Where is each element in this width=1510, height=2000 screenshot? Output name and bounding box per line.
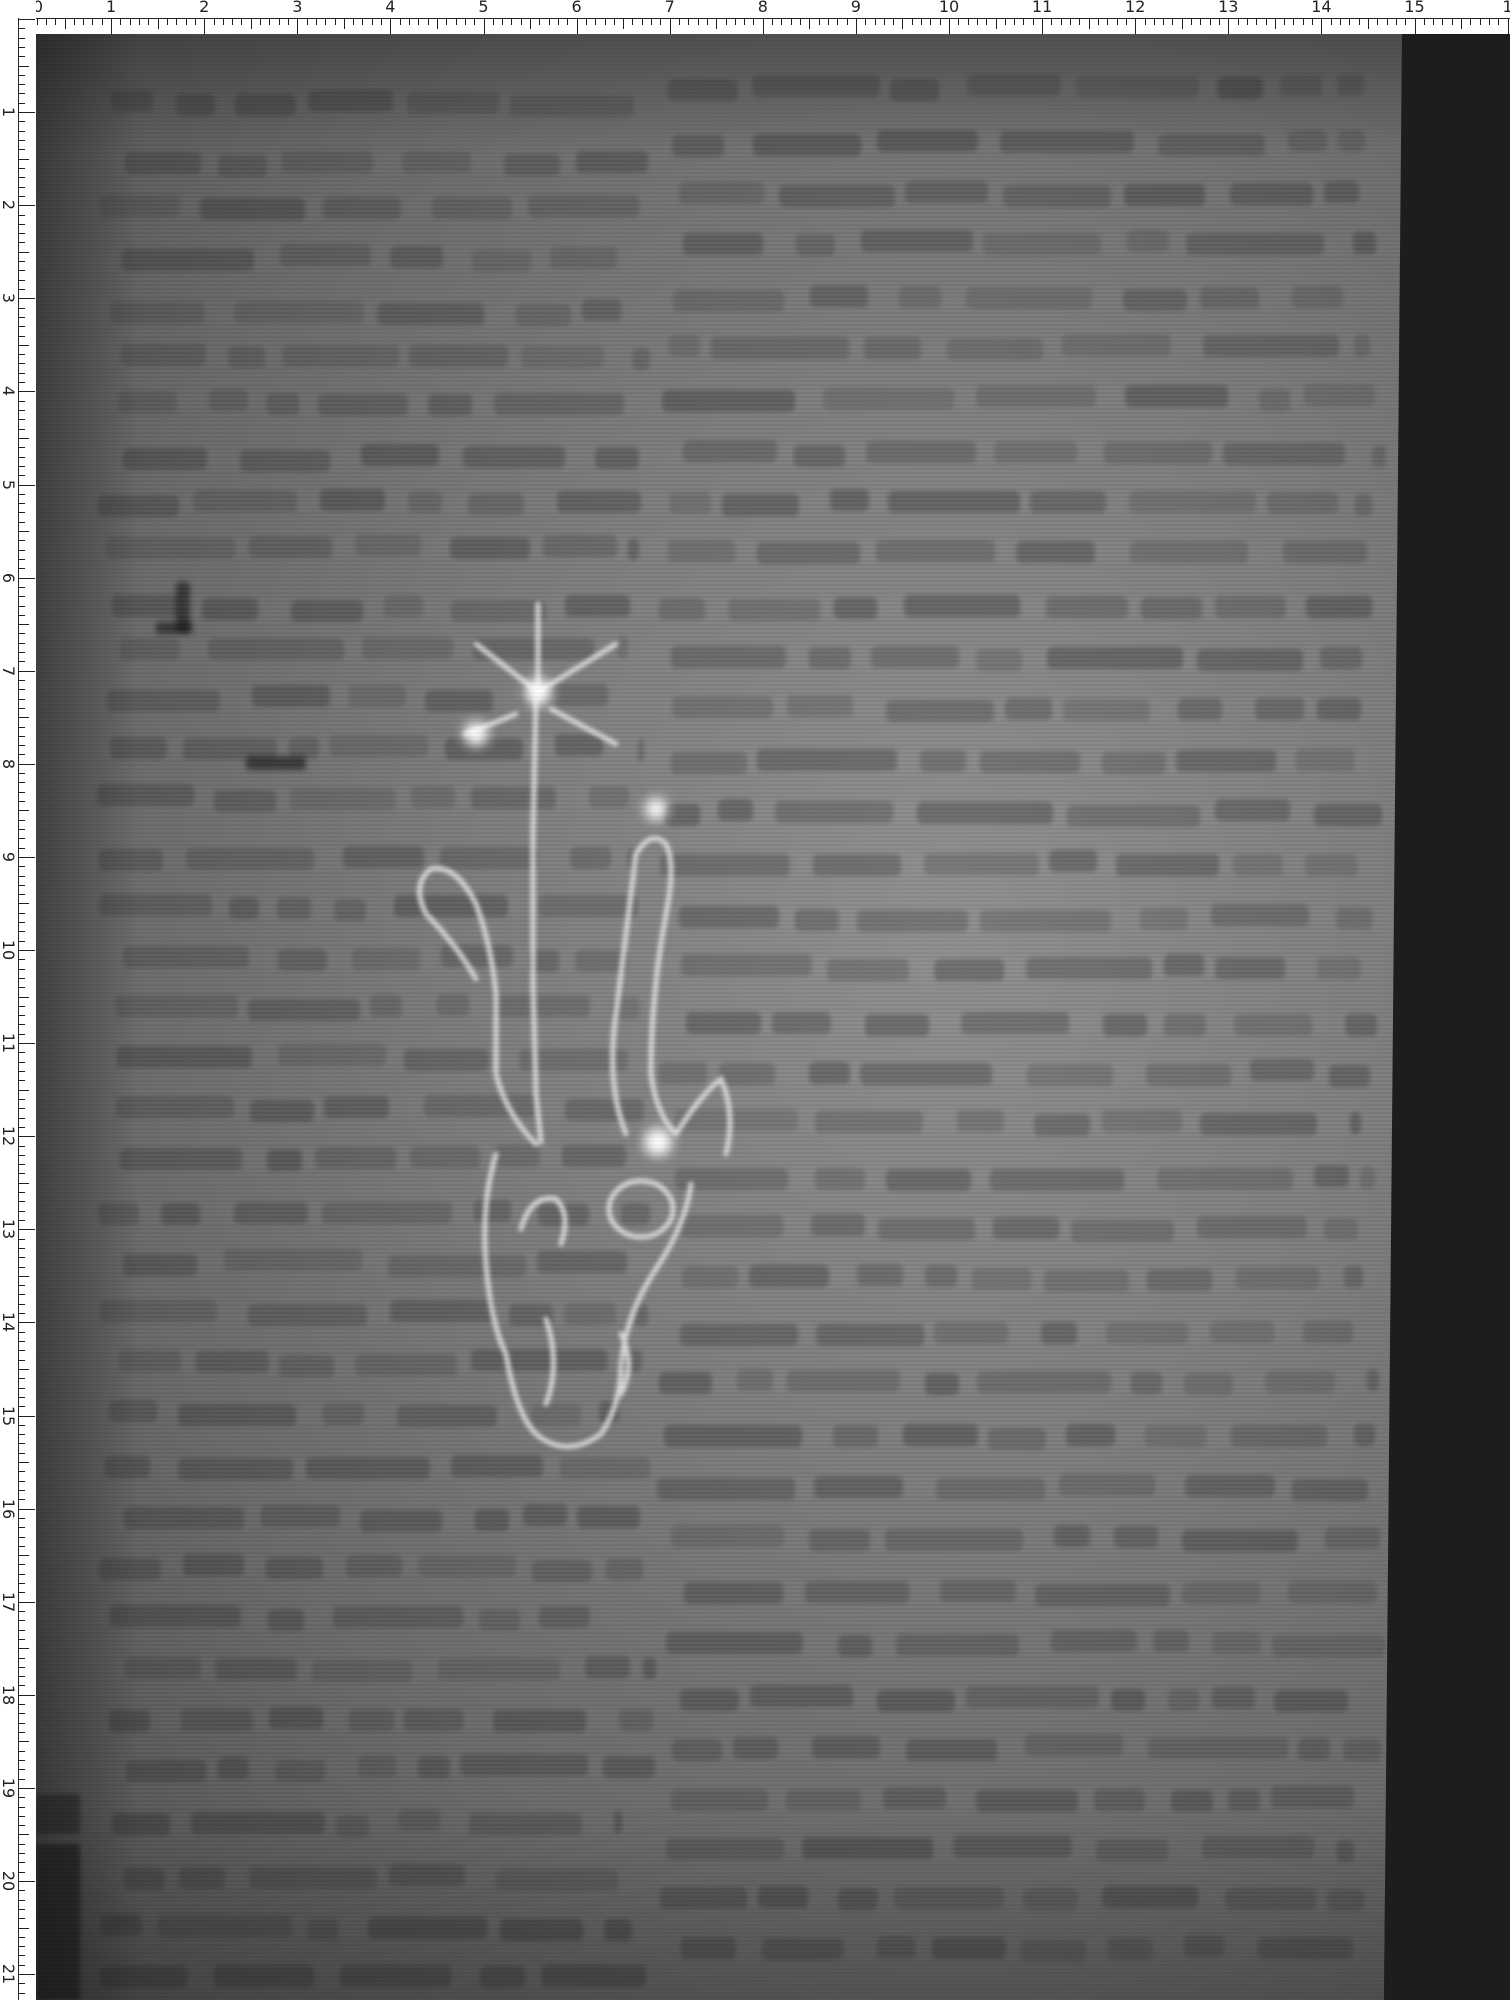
ruler-left-tick (18, 615, 25, 616)
ruler-top-tick (1303, 18, 1304, 25)
ruler-left-tick (18, 633, 25, 634)
ruler-left-tick (18, 1611, 25, 1612)
ruler-top-tick (1461, 18, 1462, 29)
ruler-left-tick (18, 1443, 25, 1444)
ruler-left-tick (18, 1639, 25, 1640)
ruler-top-tick (1331, 18, 1332, 25)
ruler-left-tick (18, 1229, 35, 1230)
ruler-top-tick (511, 18, 512, 25)
ruler-left-tick (18, 1928, 29, 1929)
ruler-left-tick (18, 782, 25, 783)
ruler-left-tick (18, 792, 25, 793)
ruler-top-tick (1349, 18, 1350, 25)
ruler-left-tick (18, 382, 25, 383)
ruler-top-tick (474, 18, 475, 25)
ruler-top-tick (241, 18, 242, 25)
ruler-left-tick (18, 820, 25, 821)
ruler-left-tick (18, 559, 25, 560)
ruler-top-tick (949, 18, 950, 34)
ruler-top-label: 1 (1503, 0, 1510, 16)
ruler-top-tick (605, 18, 606, 25)
ruler-top-tick (1098, 18, 1099, 25)
ruler-top-tick (837, 18, 838, 25)
ruler-top-tick (1489, 18, 1490, 25)
ruler-left-tick (18, 1546, 25, 1547)
ruler-left-tick (18, 1779, 25, 1780)
ruler-top-tick (875, 18, 876, 25)
ruler-top-tick (1061, 18, 1062, 25)
ruler-top-tick (986, 18, 987, 25)
ruler-left-tick (18, 84, 25, 85)
ruler-top-tick (1377, 18, 1378, 25)
ruler-left-tick (18, 121, 25, 122)
ruler-top-tick (1498, 18, 1499, 25)
ruler-left-tick (18, 754, 25, 755)
ruler-left-tick (18, 429, 25, 430)
ruler-left-tick (18, 1024, 25, 1025)
ruler-top-tick (1228, 18, 1229, 34)
ruler-left-tick (18, 419, 25, 420)
ruler-left-tick (18, 848, 25, 849)
ruler-top-tick (539, 18, 540, 25)
ruler-left-tick (18, 699, 25, 700)
ruler-left-tick (18, 773, 25, 774)
ruler-left-tick (18, 978, 25, 979)
ruler-left-label: 19 (0, 1778, 16, 1798)
ruler-left-tick (18, 1118, 25, 1119)
ruler-top-tick (260, 18, 261, 25)
ruler-left-tick (18, 317, 25, 318)
ruler-top-tick (1442, 18, 1443, 25)
ruler-left-tick (18, 457, 25, 458)
ruler-left-tick (18, 475, 25, 476)
ruler-left-tick (18, 1955, 25, 1956)
ruler-left-tick (18, 1164, 25, 1165)
ruler-top-tick (1191, 18, 1192, 25)
ruler-top-tick (763, 18, 764, 34)
ruler-left-tick (18, 922, 25, 923)
ruler-top-tick (549, 18, 550, 25)
ruler-left-tick (18, 941, 25, 942)
ruler-top-tick (493, 18, 494, 25)
ruler-left-label: 20 (0, 1871, 16, 1891)
ruler-left-tick (18, 1313, 25, 1314)
ruler-top-label: 13 (1218, 0, 1238, 16)
ruler-top-tick (279, 18, 280, 25)
ruler-top-tick (484, 18, 485, 34)
ruler-top-tick (353, 18, 354, 25)
ruler-left-tick (18, 931, 25, 932)
ruler-top-tick (530, 18, 531, 29)
ruler-left-tick (18, 1285, 25, 1286)
ruler-top-tick (1293, 18, 1294, 25)
ruler-top-tick (1415, 18, 1416, 34)
ruler-left-tick (18, 401, 25, 402)
ruler-top-tick (1340, 18, 1341, 25)
ruler-left-tick (18, 280, 25, 281)
ruler-left-tick (18, 1471, 25, 1472)
ruler-top-tick (381, 18, 382, 25)
ruler-left-label: 18 (0, 1685, 16, 1705)
ruler-left-tick (18, 38, 25, 39)
ruler-left-label: 10 (0, 940, 16, 960)
ruler-left-tick (18, 1108, 25, 1109)
ruler-left-tick (18, 168, 25, 169)
ruler-top-tick (996, 18, 997, 29)
ruler-top-tick (1042, 18, 1043, 34)
ruler-left-tick (18, 1360, 25, 1361)
ruler-top-tick (204, 18, 205, 34)
ruler-left-label: 9 (0, 852, 16, 862)
ruler-left-tick (18, 866, 25, 867)
ruler-left-tick (18, 1183, 29, 1184)
ruler-top-tick (1051, 18, 1052, 25)
ruler-left-tick (18, 1937, 25, 1938)
ruler-top-label: 12 (1125, 0, 1145, 16)
ruler-left-tick (18, 1918, 25, 1919)
ruler-top-tick (335, 18, 336, 25)
ruler-left-baseline (18, 18, 19, 2000)
ruler-top-tick (251, 18, 252, 29)
ruler-left-label: 13 (0, 1219, 16, 1239)
ruler-top-tick (223, 18, 224, 25)
ruler-left-tick (18, 1946, 25, 1947)
ruler-left-tick (18, 224, 25, 225)
ruler-left-tick (18, 1583, 25, 1584)
ruler-left-tick (18, 1043, 35, 1044)
ruler-left-tick (18, 997, 29, 998)
ruler-left-tick (18, 149, 25, 150)
ruler-left-tick (18, 652, 25, 653)
ruler-left-tick (18, 1685, 25, 1686)
ruler-left-tick (18, 187, 25, 188)
ruler-top-tick (1275, 18, 1276, 29)
ruler-top-tick (856, 18, 857, 34)
ruler-top-tick (921, 18, 922, 25)
ruler-top-tick (670, 18, 671, 34)
ruler-top: 01234567891011121314151 (0, 0, 1510, 34)
ruler-top-tick (1508, 18, 1509, 34)
ruler-left-tick (18, 1416, 35, 1417)
ruler-left-label: 21 (0, 1964, 16, 1984)
ruler-top-tick (111, 18, 112, 34)
ruler-top-tick (1321, 18, 1322, 34)
ruler-left-tick (18, 1294, 25, 1295)
ruler-top-tick (148, 18, 149, 25)
ruler-left-tick (18, 1900, 25, 1901)
ruler-left-tick (18, 708, 25, 709)
ruler-top-tick (977, 18, 978, 25)
ruler-left-tick (18, 801, 25, 802)
ruler-top-tick (176, 18, 177, 25)
ruler-left-tick (18, 1052, 25, 1053)
ruler-left-tick (18, 75, 25, 76)
ruler-top-tick (558, 18, 559, 25)
ruler-left-tick (18, 438, 29, 439)
ruler-left-tick (18, 903, 29, 904)
ruler-left-tick (18, 1574, 25, 1575)
ruler-left-label: 16 (0, 1498, 16, 1518)
ruler-top-tick (679, 18, 680, 25)
ruler-top-tick (120, 18, 121, 25)
ruler-left-tick (18, 1462, 29, 1463)
ruler-left-tick (18, 1881, 35, 1882)
ruler-left-tick (18, 596, 25, 597)
ruler-left-tick (18, 494, 25, 495)
ruler-top-label: 1 (106, 0, 116, 16)
ruler-left-tick (18, 28, 25, 29)
ruler-top-tick (1452, 18, 1453, 25)
ruler-left-label: 6 (0, 573, 16, 583)
ruler-left-tick (18, 1909, 25, 1910)
outside-page-dark-strip (1384, 34, 1510, 2000)
ruler-left-tick (18, 1425, 25, 1426)
ruler-top-tick (1238, 18, 1239, 25)
ruler-left-tick (18, 93, 25, 94)
ruler-left-label: 2 (0, 200, 16, 210)
ruler-left-tick (18, 447, 25, 448)
ruler-top-tick (55, 18, 56, 25)
ruler-left-tick (18, 1816, 25, 1817)
ruler-left-tick (18, 242, 25, 243)
ruler-left-tick (18, 838, 25, 839)
ruler-left-tick (18, 568, 25, 569)
ruler-left-label: 1 (0, 107, 16, 117)
ruler-left-tick (18, 680, 25, 681)
ruler-top-tick (1359, 18, 1360, 25)
ruler-left-tick (18, 252, 29, 253)
ruler-left-tick (18, 1192, 25, 1193)
ruler-left-tick (18, 354, 25, 355)
ruler-left-tick (18, 140, 25, 141)
ruler-left-tick (18, 112, 35, 113)
ruler-left-label: 11 (0, 1033, 16, 1053)
ruler-left-tick (18, 717, 29, 718)
ruler-left-tick (18, 1834, 29, 1835)
ruler-top-label: 6 (572, 0, 582, 16)
ruler-top-tick (1172, 18, 1173, 25)
ruler-top-tick (297, 18, 298, 34)
ruler-left-tick (18, 512, 25, 513)
ruler-top-tick (1266, 18, 1267, 25)
ruler-left-tick (18, 196, 25, 197)
ruler-left-tick (18, 1201, 25, 1202)
ruler-left-tick (18, 1071, 25, 1072)
ruler-left-label: 12 (0, 1126, 16, 1146)
ruler-left-tick (18, 1341, 25, 1342)
ruler-left-tick (18, 1732, 25, 1733)
ruler-top-tick (139, 18, 140, 25)
ruler-left-tick (18, 1723, 25, 1724)
ruler-top-tick (1117, 18, 1118, 25)
ruler-top-tick (437, 18, 438, 29)
ruler-left-tick (18, 1322, 35, 1323)
ruler-left-tick (18, 1006, 25, 1007)
ruler-top-tick (912, 18, 913, 25)
ruler-top-tick (884, 18, 885, 25)
ruler-left-tick (18, 289, 25, 290)
ruler-left-tick (18, 1667, 25, 1668)
ruler-left-tick (18, 876, 25, 877)
ruler-top-tick (753, 18, 754, 25)
ruler-top-label: 15 (1404, 0, 1424, 16)
ruler-left-tick (18, 1853, 25, 1854)
ruler-left-tick (18, 1211, 25, 1212)
ruler-top-tick (195, 18, 196, 25)
ruler-top-tick (390, 18, 391, 34)
ruler-top-tick (1470, 18, 1471, 25)
ruler-top-tick (828, 18, 829, 25)
ruler-left-label: 14 (0, 1312, 16, 1332)
ruler-left-tick (18, 205, 35, 206)
ruler-left-tick (18, 1769, 25, 1770)
ruler-left-tick (18, 1509, 35, 1510)
ruler-left-tick (18, 1564, 25, 1565)
ruler-left-tick (18, 1239, 25, 1240)
ruler-left-tick (18, 485, 35, 486)
ruler-top-tick (400, 18, 401, 25)
ruler-top-tick (586, 18, 587, 25)
ruler-top-tick (1405, 18, 1406, 25)
ruler-top-tick (577, 18, 578, 34)
ruler-left-tick (18, 1248, 25, 1249)
ruler-top-tick (865, 18, 866, 25)
ruler-left-tick (18, 1406, 25, 1407)
ruler-left-tick (18, 1704, 25, 1705)
ruler-left-tick (18, 1741, 29, 1742)
ruler-left-tick (18, 1713, 25, 1714)
ruler-left-label: 3 (0, 293, 16, 303)
ruler-top-tick (688, 18, 689, 25)
ruler-left-tick (18, 913, 25, 914)
ruler-left-tick (18, 1658, 25, 1659)
ruler-top-tick (92, 18, 93, 25)
ruler-top-label: 3 (292, 0, 302, 16)
ruler-top-tick (307, 18, 308, 25)
ruler-top-tick (1312, 18, 1313, 25)
ruler-top-tick (893, 18, 894, 25)
ruler-left-tick (18, 159, 29, 160)
ruler-top-label: 2 (199, 0, 209, 16)
ruler-top-tick (46, 18, 47, 25)
ruler-left-tick (18, 1844, 25, 1845)
ruler-left-tick (18, 1974, 35, 1975)
ruler-left-label: 17 (0, 1592, 16, 1612)
ruler-left-tick (18, 410, 25, 411)
ruler-left-tick (18, 1173, 25, 1174)
ruler-top-tick (651, 18, 652, 25)
ruler-top-label: 10 (939, 0, 959, 16)
ruler-left-tick (18, 1304, 25, 1305)
ruler-top-tick (502, 18, 503, 25)
ruler-left-tick (18, 1434, 25, 1435)
ruler-top-label: 11 (1032, 0, 1052, 16)
ruler-left-tick (18, 1015, 25, 1016)
ruler-top-tick (1433, 18, 1434, 25)
ruler-left-tick (18, 1788, 35, 1789)
ruler-top-tick (1014, 18, 1015, 25)
ruler-left-tick (18, 1648, 29, 1649)
ruler-top-tick (707, 18, 708, 25)
ruler-left-tick (18, 540, 25, 541)
ruler-top-tick (167, 18, 168, 25)
ruler-left-tick (18, 1630, 25, 1631)
ruler-left-tick (18, 587, 25, 588)
ruler-left-tick (18, 727, 25, 728)
ruler-left-tick (18, 1350, 25, 1351)
ruler-top-tick (958, 18, 959, 25)
ruler-top-tick (1145, 18, 1146, 25)
ruler-left-tick (18, 1127, 25, 1128)
ruler-top-tick (623, 18, 624, 29)
ruler-left-tick (18, 466, 25, 467)
ruler-left-tick (18, 1490, 25, 1491)
ruler-top-tick (362, 18, 363, 25)
ruler-top-tick (269, 18, 270, 25)
ruler-top-tick (1126, 18, 1127, 25)
ruler-top-tick (1163, 18, 1164, 25)
ruler-top-tick (1033, 18, 1034, 25)
ruler-top-tick (214, 18, 215, 25)
ruler-left-tick (18, 1499, 25, 1500)
ruler-left-tick (18, 643, 25, 644)
ruler-left-tick (18, 345, 29, 346)
ruler-top-tick (1182, 18, 1183, 29)
ruler-left-tick (18, 1332, 25, 1333)
ruler-top-tick (968, 18, 969, 25)
ruler-top-tick (456, 18, 457, 25)
ruler-left-tick (18, 1034, 25, 1035)
ruler-left-tick (18, 1276, 29, 1277)
ruler-left-tick (18, 950, 35, 951)
ruler-left-tick (18, 215, 25, 216)
ruler-left-tick (18, 1267, 25, 1268)
ruler-left-tick (18, 1527, 25, 1528)
ruler-left-tick (18, 270, 25, 271)
ruler-top-tick (1424, 18, 1425, 25)
ruler-top-tick (288, 18, 289, 25)
ruler-top-label: 8 (758, 0, 768, 16)
ruler-top-tick (1396, 18, 1397, 25)
ruler-top-tick (521, 18, 522, 25)
ruler-top-tick (1107, 18, 1108, 25)
ruler-left-label: 8 (0, 759, 16, 769)
ruler-top-label: 5 (478, 0, 488, 16)
ruler-top-tick (567, 18, 568, 25)
ruler-left-tick (18, 373, 25, 374)
ruler-left-tick (18, 1620, 25, 1621)
ruler-left-tick (18, 391, 35, 392)
ruler-top-tick (186, 18, 187, 25)
ruler-left-tick (18, 1378, 25, 1379)
ruler-left-tick (18, 671, 35, 672)
ruler-left-tick (18, 177, 25, 178)
ruler-top-tick (940, 18, 941, 25)
ruler-left-tick (18, 1397, 25, 1398)
ruler-left-tick (18, 1825, 25, 1826)
ruler-left-tick (18, 1751, 25, 1752)
ruler-top-tick (809, 18, 810, 29)
ruler-top-tick (1210, 18, 1211, 25)
ruler-top-tick (847, 18, 848, 25)
ruler-left-tick (18, 1807, 25, 1808)
ruler-top-tick (409, 18, 410, 25)
ruler-left-tick (18, 736, 25, 737)
ruler-top-tick (130, 18, 131, 25)
ruler-left-tick (18, 233, 25, 234)
ruler-left-tick (18, 308, 25, 309)
ruler-left-tick (18, 1676, 25, 1677)
